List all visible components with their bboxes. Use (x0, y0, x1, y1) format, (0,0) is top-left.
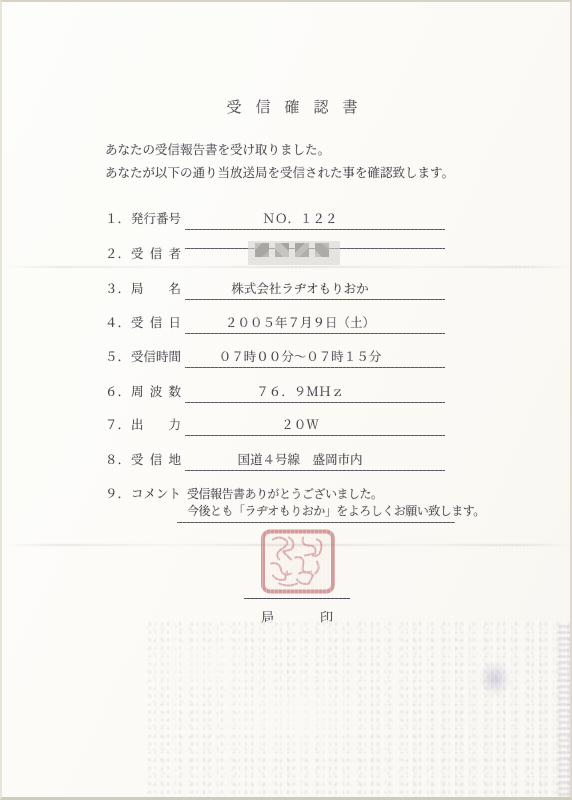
field-value: 株式会社ラヂオもりおか (185, 281, 445, 300)
field-value: ＮＯ．１２２ (185, 211, 445, 230)
field-number: ２． (105, 246, 131, 262)
field-value: 国道４号線 盛岡市内 (185, 452, 445, 471)
comment-underline (177, 522, 455, 523)
field-number: ７． (105, 417, 131, 433)
field-label-text: 局名 (131, 281, 181, 297)
field-row-frequency: ６． 周波数 ７６．９ＭＨｚ (105, 384, 465, 400)
seal-underline (244, 598, 350, 599)
field-label-text: 受信日 (131, 315, 181, 331)
ink-bleedthrough (147, 620, 571, 798)
field-label-text: 周波数 (131, 384, 181, 400)
field-label-text: 出力 (131, 417, 181, 433)
intro-line-1: あなたの受信報告書を受け取りました。 (105, 143, 330, 157)
field-row-power: ７． 出力 ２０Ｗ (105, 417, 465, 433)
comment-line-2: 今後とも「ラヂオもりおか」をよろしくお願い致します。 (187, 504, 485, 518)
field-row-issue-number: １． 発行番号 ＮＯ．１２２ (105, 211, 465, 227)
field-number: ５． (105, 349, 131, 365)
field-row-station-name: ３． 局名 株式会社ラヂオもりおか (105, 281, 465, 297)
ink-bleedthrough-edge (558, 624, 570, 796)
seal-caption: 局 印 (261, 607, 333, 626)
field-number: １． (105, 211, 131, 227)
paper-crease-upper (2, 266, 572, 268)
intro-line-2: あなたが以下の通り当放送局を受信された事を確認致します。 (105, 166, 454, 180)
field-value: ２００５年７月９日（土） (185, 315, 445, 334)
comment-text: 受信報告書ありがとうございました。今後とも「ラヂオもりおか」をよろしくお願い致し… (187, 486, 485, 519)
seal-caption-right: 印 (320, 607, 333, 626)
document-title: 受信確認書 (2, 96, 570, 117)
comment-line-1: 受信報告書ありがとうございました。 (187, 487, 383, 501)
station-seal-stamp (259, 527, 337, 596)
field-label-text: 受信地 (131, 452, 181, 468)
field-label-text: 受信者 (131, 246, 181, 262)
field-label-text: 発行番号 (131, 211, 181, 227)
field-row-recipient: ２． 受信者 (105, 246, 465, 262)
field-label-text: コメント (131, 486, 181, 502)
redacted-name (255, 243, 329, 257)
field-number: ４． (105, 315, 131, 331)
ink-bleedthrough-columns (147, 620, 571, 798)
field-row-reception-time: ５． 受信時間 ０７時００分～０７時１５分 (105, 349, 465, 365)
field-row-reception-date: ４． 受信日 ２００５年７月９日（土） (105, 315, 465, 331)
field-row-comment: ９． コメント 受信報告書ありがとうございました。今後とも「ラヂオもりおか」をよ… (105, 486, 465, 502)
field-number: ８． (105, 452, 131, 468)
field-value: ０７時００分～０７時１５分 (185, 349, 445, 368)
ink-bleedthrough-patch (479, 661, 511, 696)
field-value: ７６．９ＭＨｚ (185, 384, 445, 403)
field-label-text: 受信時間 (131, 349, 181, 365)
field-number: ３． (105, 281, 131, 297)
field-number: ９． (105, 486, 131, 502)
scanned-document: 受信確認書 あなたの受信報告書を受け取りました。あなたが以下の通り当放送局を受信… (0, 0, 572, 800)
seal-caption-left: 局 (261, 607, 274, 626)
field-number: ６． (105, 384, 131, 400)
intro-text: あなたの受信報告書を受け取りました。あなたが以下の通り当放送局を受信された事を確… (105, 139, 454, 184)
field-value: ２０Ｗ (185, 417, 445, 436)
field-row-reception-place: ８． 受信地 国道４号線 盛岡市内 (105, 452, 465, 468)
